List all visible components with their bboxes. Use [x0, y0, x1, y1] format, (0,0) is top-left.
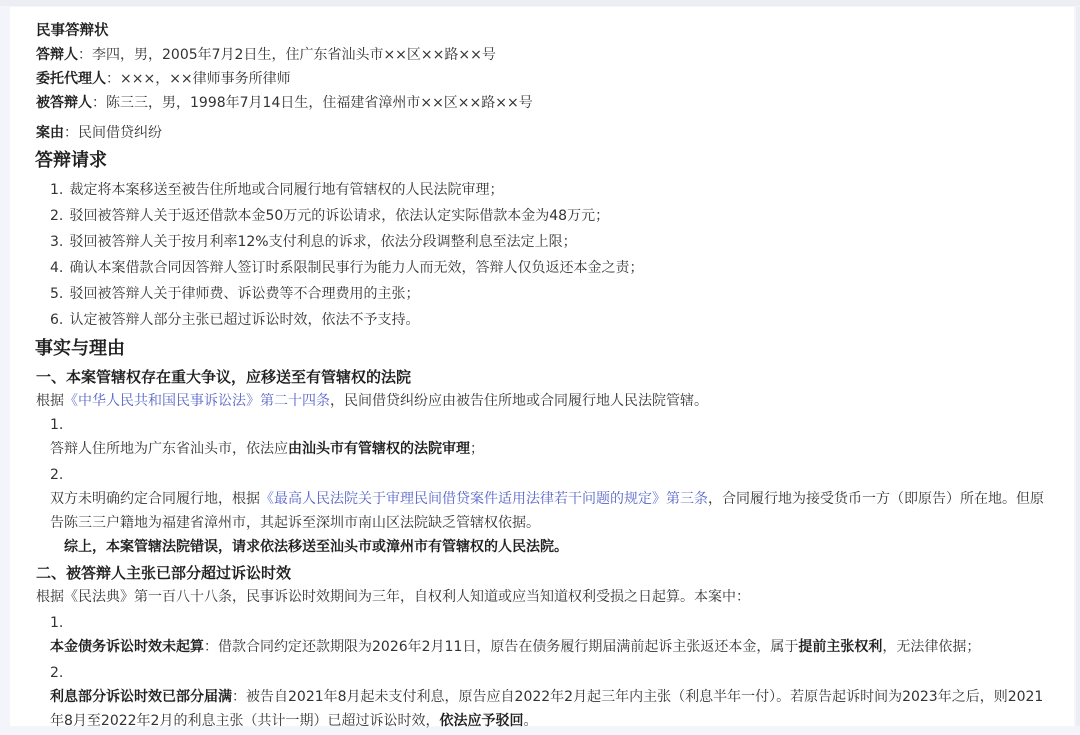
item-tail: ；: [470, 441, 484, 457]
section1-conclusion: 综上，本案管辖法院错误，请求依法移送至汕头市或漳州市有管辖权的人民法院。: [36, 535, 1066, 559]
list-item: 6. 认定被答辩人部分主张已超过诉讼时效，依法不予支持。: [36, 307, 1066, 333]
section2-heading: 二、被答辩人主张已部分超过诉讼时效: [36, 561, 1066, 585]
respondent-line: 答辩人：李四，男，2005年7月2日生，住广东省汕头市××区××路××号: [36, 43, 1066, 67]
item-tail: 。: [523, 713, 537, 726]
item-text: 驳回被答辩人关于按月利率12%支付利息的诉求，依法分段调整利息至法定上限；: [69, 234, 576, 250]
item-text: 双方未明确约定合同履行地，根据: [50, 491, 260, 507]
conclusion-text: 综上，本案管辖法院错误，请求依法移送至汕头市或漳州市有管辖权的人民法院。: [64, 539, 568, 555]
list-item: 2. 驳回被答辩人关于返还借款本金50万元的诉讼请求，依法认定实际借款本金为48…: [36, 203, 1066, 229]
item-number: 5.: [50, 281, 65, 307]
section2-list: 1. 本金债务诉讼时效未起算：借款合同约定还款期限为2026年2月11日，原告在…: [36, 611, 1066, 726]
claimant-label: 被答辩人: [36, 95, 92, 111]
supreme-court-provisions-link[interactable]: 《最高人民法院关于审理民间借贷案件适用法律若干问题的规定》第三条: [260, 491, 708, 507]
item-emphasis: 本金债务诉讼时效未起算: [50, 639, 204, 655]
list-item: 1. 本金债务诉讼时效未起算：借款合同约定还款期限为2026年2月11日，原告在…: [36, 611, 1066, 659]
list-item: 5. 驳回被答辩人关于律师费、诉讼费等不合理费用的主张；: [36, 281, 1066, 307]
item-text: 答辩人住所地为广东省汕头市，依法应: [50, 441, 288, 457]
section1-list: 1. 答辩人住所地为广东省汕头市，依法应由汕头市有管辖权的法院审理； 2. 双方…: [36, 413, 1066, 535]
item-text: 驳回被答辩人关于律师费、诉讼费等不合理费用的主张；: [69, 286, 419, 302]
item-text: 驳回被答辩人关于返还借款本金50万元的诉讼请求，依法认定实际借款本金为48万元；: [69, 208, 609, 224]
item-number: 2.: [50, 661, 65, 685]
agent-line: 委托代理人：×××，××律师事务所律师: [36, 67, 1066, 91]
basis-prefix: 根据: [36, 393, 64, 409]
respondent-label: 答辩人: [36, 47, 78, 63]
list-item: 1. 裁定将本案移送至被告住所地或合同履行地有管辖权的人民法院审理；: [36, 177, 1066, 203]
item-number: 4.: [50, 255, 65, 281]
item-number: 6.: [50, 307, 65, 333]
section1-basis: 根据《中华人民共和国民事诉讼法》第二十四条，民间借贷纠纷应由被告住所地或合同履行…: [36, 389, 1066, 413]
case-line: 案由：民间借贷纠纷: [36, 121, 1066, 145]
claimant-line: 被答辩人：陈三三，男，1998年7月14日生，住福建省漳州市××区××路××号: [36, 91, 1066, 115]
section2-basis: 根据《民法典》第一百八十八条，民事诉讼时效期间为三年，自权利人知道或应当知道权利…: [36, 585, 1066, 609]
item-emphasis: 利息部分诉讼时效已部分届满: [50, 689, 232, 705]
item-number: 1.: [50, 611, 65, 635]
list-item: 2. 利息部分诉讼时效已部分届满：被告自2021年8月起未支付利息，原告应自20…: [36, 661, 1066, 726]
item-emphasis: 由汕头市有管辖权的法院审理: [288, 441, 470, 457]
item-emphasis-2: 依法应予驳回: [439, 713, 523, 726]
agent-label: 委托代理人: [36, 71, 106, 87]
list-item: 4. 确认本案借款合同因答辩人签订时系限制民事行为能力人而无效，答辩人仅负返还本…: [36, 255, 1066, 281]
item-number: 2.: [50, 463, 65, 487]
top-border: [0, 0, 1080, 6]
civil-procedure-law-link[interactable]: 《中华人民共和国民事诉讼法》第二十四条: [64, 393, 330, 409]
claimant-value: ：陈三三，男，1998年7月14日生，住福建省漳州市××区××路××号: [92, 95, 533, 111]
list-item: 1. 答辩人住所地为广东省汕头市，依法应由汕头市有管辖权的法院审理；: [36, 413, 1066, 461]
requests-list: 1. 裁定将本案移送至被告住所地或合同履行地有管辖权的人民法院审理； 2. 驳回…: [36, 177, 1066, 333]
item-number: 1.: [50, 413, 65, 437]
item-number: 1.: [50, 177, 65, 203]
item-number: 2.: [50, 203, 65, 229]
basis-suffix: ，民间借贷纠纷应由被告住所地或合同履行地人民法院管辖。: [330, 393, 708, 409]
case-value: ：民间借贷纠纷: [64, 125, 162, 141]
facts-heading: 事实与理由: [35, 336, 1066, 362]
document-content: 民事答辩状 答辩人：李四，男，2005年7月2日生，住广东省汕头市××区××路×…: [36, 19, 1066, 726]
item-tail: ，无法律依据；: [882, 639, 980, 655]
item-text: 裁定将本案移送至被告住所地或合同履行地有管辖权的人民法院审理；: [69, 182, 503, 198]
agent-value: ：×××，××律师事务所律师: [106, 71, 291, 87]
requests-heading: 答辩请求: [35, 148, 1066, 174]
item-number: 3.: [50, 229, 65, 255]
item-emphasis-2: 提前主张权利: [798, 639, 882, 655]
list-item: 2. 双方未明确约定合同履行地，根据《最高人民法院关于审理民间借贷案件适用法律若…: [36, 463, 1066, 535]
document-card: 民事答辩状 答辩人：李四，男，2005年7月2日生，住广东省汕头市××区××路×…: [10, 7, 1074, 726]
item-text: ：借款合同约定还款期限为2026年2月11日，原告在债务履行期届满前起诉主张返还…: [204, 639, 798, 655]
item-text: 认定被答辩人部分主张已超过诉讼时效，依法不予支持。: [69, 312, 419, 328]
section1-heading: 一、本案管辖权存在重大争议，应移送至有管辖权的法院: [36, 365, 1066, 389]
case-label: 案由: [36, 125, 64, 141]
document-title: 民事答辩状: [36, 19, 1066, 43]
respondent-value: ：李四，男，2005年7月2日生，住广东省汕头市××区××路××号: [78, 47, 496, 63]
scrollbar-track[interactable]: [1076, 7, 1080, 726]
item-text: 确认本案借款合同因答辩人签订时系限制民事行为能力人而无效，答辩人仅负返还本金之责…: [69, 260, 643, 276]
list-item: 3. 驳回被答辩人关于按月利率12%支付利息的诉求，依法分段调整利息至法定上限；: [36, 229, 1066, 255]
